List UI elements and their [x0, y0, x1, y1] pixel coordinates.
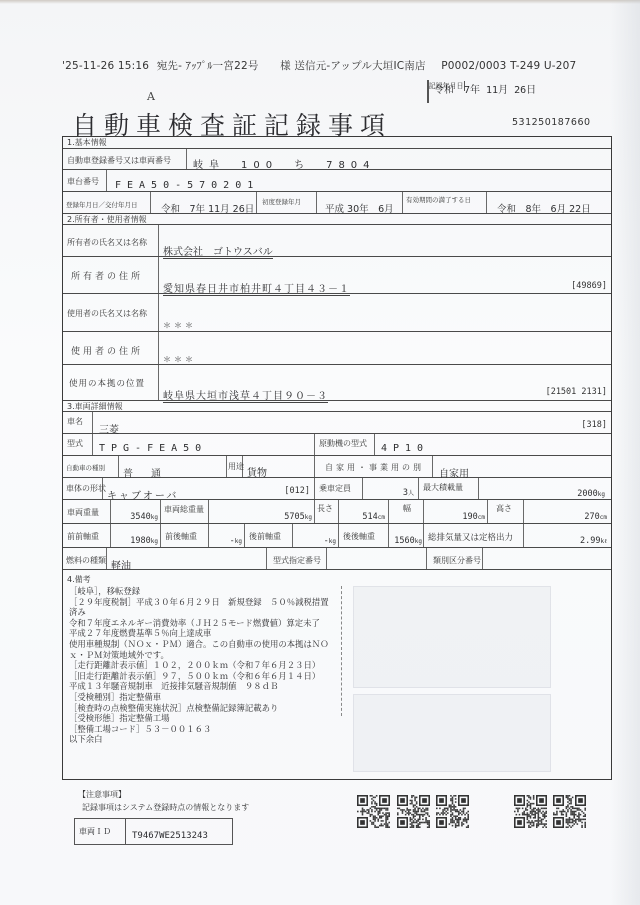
- remark-line: ［２９年度税制］平成３０年６月２９日 新規登録 ５０％減税措置: [69, 597, 337, 608]
- body-code: [012]: [284, 486, 310, 496]
- section-1-header: 1.基本情報: [63, 137, 611, 149]
- front-front-axle-label: 前前軸重: [67, 531, 99, 542]
- user-address-row: 使用者の住所 ＊＊＊: [63, 332, 611, 365]
- scanned-page: '25-11-26 15:16 宛先- ｱｯﾌﾟﾙ一宮22号 様 送信元-アップ…: [0, 0, 640, 905]
- remark-line: 令和７年度エネルギー消費効率（ＪＨ２５モード燃費値）算定未了: [69, 618, 337, 629]
- body-row: 車体の形状 キャブオーバ [012] 乗車定員 3人 最大積載量 2000kg: [63, 478, 611, 500]
- remark-line: 済み: [69, 607, 337, 618]
- category-row: 自動車の種別 普 通 用途 貨物 自家用・事業用の別 自家用: [63, 456, 611, 478]
- height-value: 270: [584, 512, 599, 522]
- type-designation-label: 型式指定番号: [273, 555, 321, 566]
- fax-timestamp: '25-11-26 15:16: [62, 60, 149, 72]
- remark-line: 使用車種規制（ＮＯｘ・ＰＭ）適合。この自動車の使用の本拠はＮＯ: [69, 639, 337, 650]
- category-number-label: 類別区分番号: [433, 555, 481, 566]
- first-registration-label: 初度登録年月: [262, 197, 301, 206]
- fax-page-info: P0002/0003 T-249 U-207: [441, 60, 576, 72]
- watermark-grid: [353, 694, 551, 772]
- chassis-row: 車台番号 FEA50-570201: [63, 170, 611, 192]
- qr-code-icon: [436, 795, 469, 828]
- engine-label: 原動機の型式: [319, 438, 367, 449]
- paper-edge: [0, 0, 640, 4]
- expiry-value: 令和 8年 6月 22日: [497, 201, 591, 215]
- gross-weight-value: 5705: [284, 512, 304, 522]
- section-3-header: 3.車両詳細情報: [63, 401, 611, 412]
- fuel-row: 燃料の種類 軽油 型式指定番号 類別区分番号: [63, 548, 611, 570]
- remarks-text: ［岐阜］，移転登録［２９年度税制］平成３０年６月２９日 新規登録 ５０％減税措置…: [69, 586, 342, 716]
- record-date-value: 令和 7年 11月 26日: [428, 81, 562, 96]
- base-location-label: 使用の本拠の位置: [69, 377, 145, 389]
- category-label: 自動車の種別: [66, 463, 105, 472]
- front-front-axle-value: 1980: [130, 536, 150, 546]
- weight-label: 車両重量: [67, 507, 99, 518]
- model-label: 型式: [67, 438, 83, 449]
- base-location-row: 使用の本拠の位置 岐阜県大垣市浅草４丁目９０－３ [21501 2131]: [63, 365, 611, 401]
- private-business-label: 自家用・事業用の別: [325, 462, 424, 473]
- use-value: 貨物: [247, 464, 267, 479]
- model-row: 型式 TPG-FEA50 原動機の型式 4P10: [63, 434, 611, 456]
- length-label: 長さ: [317, 503, 333, 514]
- owner-name-row: 所有者の氏名又は名称 株式会社 ゴトウスバル: [63, 225, 611, 257]
- remark-line: ｘ・ＰＭ対策地域外です。: [69, 650, 337, 661]
- capacity-label: 乗車定員: [319, 483, 351, 494]
- chassis-value: FEA50-570201: [115, 180, 259, 191]
- owner-address-row: 所有者の住所 愛知県春日井市柏井町４丁目４３－１ [49869]: [63, 257, 611, 294]
- section-2-title: 2.所有者・使用者情報: [67, 214, 147, 225]
- engine-value: 4P10: [381, 443, 429, 454]
- section-1-title: 1.基本情報: [67, 137, 107, 148]
- owner-name-label: 所有者の氏名又は名称: [67, 237, 147, 248]
- remark-line: ［岐阜］，移転登録: [69, 586, 337, 597]
- certificate-table: 1.基本情報 自動車登録番号又は車両番号 岐阜 100 ち 7804 車台番号 …: [62, 136, 612, 780]
- issue-date-label: 登録年月日／交付年月日: [66, 200, 138, 209]
- maker-code: [318]: [581, 420, 607, 430]
- qr-code-icon: [397, 795, 430, 828]
- remark-line: ［整備工場コード］５３－００１６３: [69, 724, 337, 735]
- document-number: 531250187660: [512, 117, 591, 128]
- remarks-section: 4.備考 ［岐阜］，移転登録［２９年度税制］平成３０年６月２９日 新規登録 ５０…: [63, 570, 611, 779]
- vehicle-id-label: 車両ＩＤ: [75, 819, 126, 844]
- user-address-label: 使用者の住所: [71, 344, 143, 357]
- fax-destination: 宛先- ｱｯﾌﾟﾙ一宮22号: [157, 58, 259, 73]
- remark-line: ［検査時の点検整備実施状況］点検整備記録簿記載あり: [69, 703, 337, 714]
- max-load-label: 最大積載量: [423, 482, 463, 493]
- section-4-title: 4.備考: [67, 574, 91, 585]
- record-date-box: 記録年月日 令和 7年 11月 26日: [427, 80, 429, 103]
- first-registration-value: 平成 30年 6月: [325, 201, 394, 215]
- gross-weight-label: 車両総重量: [164, 504, 204, 515]
- remark-line: 平成２７年度燃費基準５％向上達成車: [69, 628, 337, 639]
- user-address-value: ＊＊＊: [163, 354, 196, 365]
- displacement-unit: kℓ: [601, 538, 608, 545]
- owner-address-label: 所有者の住所: [71, 269, 143, 282]
- vehicle-id-box: 車両ＩＤ T9467WE2513243: [74, 818, 233, 845]
- watermark-image: [353, 586, 551, 688]
- use-label: 用途: [228, 461, 244, 472]
- section-2-header: 2.所有者・使用者情報: [63, 214, 611, 225]
- remark-line: 以下余白: [69, 734, 337, 745]
- caution-text: 記録事項はシステム登録時点の情報となります: [82, 802, 249, 813]
- capacity-unit: 人: [408, 490, 414, 497]
- chassis-label: 車台番号: [67, 176, 99, 187]
- user-name-label: 使用者の氏名又は名称: [67, 308, 147, 319]
- remark-line: 平成１３年騒音規制車 近接排気騒音規制値 ９８ｄＢ: [69, 681, 337, 692]
- rear-front-axle-label: 後前軸重: [249, 531, 281, 542]
- length-value: 514: [362, 512, 377, 522]
- axle-row: 前前軸重 1980kg 前後軸重 -kg 後前軸重 -kg 後後軸重 1560k…: [63, 524, 611, 548]
- vehicle-id-value: T9467WE2513243: [126, 819, 232, 844]
- paper-fold-shadow: [610, 0, 640, 905]
- remark-line: ［受検形態］指定整備工場: [69, 713, 337, 724]
- maker-label: 車名: [67, 416, 83, 427]
- registration-value: 岐阜 100 ち 7804: [193, 156, 376, 171]
- base-location-code: [21501 2131]: [546, 387, 607, 397]
- qr-code-icon: [514, 795, 547, 828]
- rear-rear-axle-value: 1560: [394, 536, 414, 546]
- user-name-row: 使用者の氏名又は名称 ＊＊＊: [63, 294, 611, 332]
- rear-rear-axle-label: 後後軸重: [343, 531, 375, 542]
- section-3-title: 3.車両詳細情報: [67, 401, 123, 412]
- fuel-label: 燃料の種類: [66, 555, 106, 566]
- fax-header: '25-11-26 15:16 宛先- ｱｯﾌﾟﾙ一宮22号 様 送信元-アップ…: [62, 58, 622, 73]
- dates-row: 登録年月日／交付年月日 令和 7年 11月 26日 初度登録年月 平成 30年 …: [63, 192, 611, 214]
- displacement-label: 総排気量又は定格出力: [428, 531, 513, 543]
- form-mark: A: [147, 90, 155, 103]
- registration-label: 自動車登録番号又は車両番号: [67, 155, 171, 166]
- max-load-value: 2000: [577, 489, 597, 499]
- user-name-value: ＊＊＊: [163, 320, 196, 331]
- body-label: 車体の形状: [66, 483, 106, 494]
- qr-code-icon: [357, 795, 390, 828]
- width-value: 190: [462, 512, 477, 522]
- issue-date-value: 令和 7年 11月 26日: [161, 201, 254, 215]
- height-label: 高さ: [496, 503, 512, 514]
- displacement-value: 2.99: [580, 536, 600, 546]
- width-label: 幅: [403, 503, 411, 514]
- registration-row: 自動車登録番号又は車両番号 岐阜 100 ち 7804: [63, 149, 611, 170]
- maker-row: 車名 三菱 [318]: [63, 412, 611, 434]
- remark-line: ［走行距離計表示値］１０２，２００ｋｍ（令和７年６月２３日）: [69, 660, 337, 671]
- remark-line: ［受検種別］指定整備車: [69, 692, 337, 703]
- fax-sender: 様 送信元-アップル大垣IC南店: [280, 58, 426, 73]
- weight-row: 車両重量 3540kg 車両総重量 5705kg 長さ 514cm 幅 190c…: [63, 500, 611, 524]
- qr-code-icon: [553, 795, 586, 828]
- weight-value: 3540: [130, 512, 150, 522]
- owner-address-code: [49869]: [571, 281, 607, 291]
- caution-title: 【注意事項】: [78, 789, 126, 800]
- expiry-label: 有効期間の満了する日: [406, 195, 471, 204]
- remark-line: ［旧走行距離計表示値］９７，５００ｋｍ（令和６年６月１４日）: [69, 671, 337, 682]
- front-rear-axle-label: 前後軸重: [165, 531, 197, 542]
- model-value: TPG-FEA50: [99, 443, 207, 454]
